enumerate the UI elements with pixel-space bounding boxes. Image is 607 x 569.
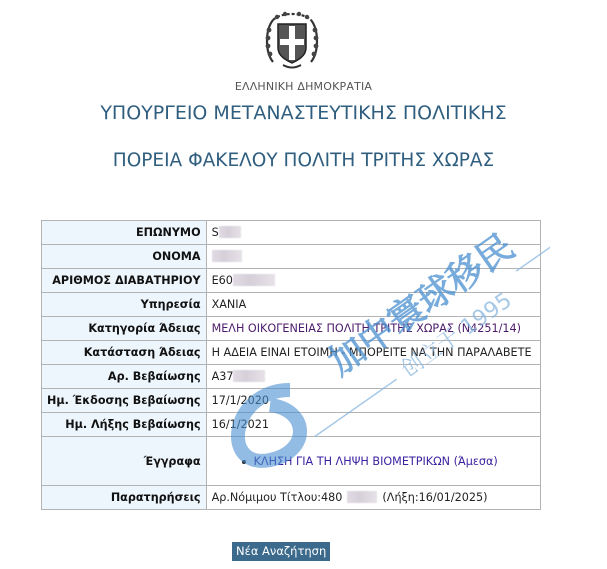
table-row-remarks: Παρατηρήσεις Αρ.Νόμιμου Τίτλου:480(Λήξη:… [42,486,541,510]
expiry-date-label: Ημ. Λήξης Βεβαίωσης [42,413,207,437]
documents-list: ΚΛΗΣΗ ΓΙΑ ΤΗ ΛΗΨΗ ΒΙΟΜΕΤΡΙΚΩΝ (Άμεσα) [212,455,535,468]
permit-category-value: ΜΕΛΗ ΟΙΚΟΓΕΝΕΙΑΣ ΠΟΛΙΤΗ ΤΡΙΤΗΣ ΧΩΡΑΣ (N4… [206,317,540,341]
table-row-service: Υπηρεσία ΧΑΝΙΑ [42,293,541,317]
remarks-label: Παρατηρήσεις [42,486,207,510]
issue-date-value: 17/1/2020 [206,389,540,413]
application-status-table: ΕΠΩΝΥΜΟ S ΟΝΟΜΑ ΑΡΙΘΜΟΣ ΔΙΑΒΑΤΗΡΙΟΥ E60 … [41,220,541,510]
surname-value: S [206,221,540,245]
republic-label: ΕΛΛΗΝΙΚΗ ΔΗΜΟΚΡΑΤΙΑ [0,80,607,93]
name-label: ΟΝΟΜΑ [42,245,207,269]
table-row-passport: ΑΡΙΘΜΟΣ ΔΙΑΒΑΤΗΡΙΟΥ E60 [42,269,541,293]
permit-status-label: Κατάσταση Άδειας [42,341,207,365]
redacted-block [233,370,265,382]
page-title: ΠΟΡΕΙΑ ΦΑΚΕΛΟΥ ΠΟΛΙΤΗ ΤΡΙΤΗΣ ΧΩΡΑΣ [0,150,607,171]
expiry-date-value: 16/1/2021 [206,413,540,437]
surname-label: ΕΠΩΝΥΜΟ [42,221,207,245]
remarks-value: Αρ.Νόμιμου Τίτλου:480(Λήξη:16/01/2025) [206,486,540,510]
passport-label: ΑΡΙΘΜΟΣ ΔΙΑΒΑΤΗΡΙΟΥ [42,269,207,293]
table-row-certificate-no: Αρ. Βεβαίωσης A37 [42,365,541,389]
permit-status-value: Η ΑΔΕΙΑ ΕΙΝΑΙ ΕΤΟΙΜΗ - ΜΠΟΡΕΙΤΕ ΝΑ ΤΗΝ Π… [206,341,540,365]
redacted-block [212,250,242,262]
documents-value: ΚΛΗΣΗ ΓΙΑ ΤΗ ΛΗΨΗ ΒΙΟΜΕΤΡΙΚΩΝ (Άμεσα) [206,437,540,486]
name-value [206,245,540,269]
table-row-name: ΟΝΟΜΑ [42,245,541,269]
table-row-issue-date: Ημ. Έκδοσης Βεβαίωσης 17/1/2020 [42,389,541,413]
certificate-no-value: A37 [206,365,540,389]
permit-category-label: Κατηγορία Άδειας [42,317,207,341]
redacted-block [347,491,377,503]
table-row-documents: Έγγραφα ΚΛΗΣΗ ΓΙΑ ΤΗ ΛΗΨΗ ΒΙΟΜΕΤΡΙΚΩΝ (Ά… [42,437,541,486]
service-label: Υπηρεσία [42,293,207,317]
redacted-block [219,226,241,238]
documents-label: Έγγραφα [42,437,207,486]
passport-value: E60 [206,269,540,293]
table-row-expiry-date: Ημ. Λήξης Βεβαίωσης 16/1/2021 [42,413,541,437]
redacted-block [233,274,275,286]
service-value: ΧΑΝΙΑ [206,293,540,317]
table-row-permit-category: Κατηγορία Άδειας ΜΕΛΗ ΟΙΚΟΓΕΝΕΙΑΣ ΠΟΛΙΤΗ… [42,317,541,341]
new-search-button[interactable]: Νέα Αναζήτηση [232,542,330,561]
certificate-no-label: Αρ. Βεβαίωσης [42,365,207,389]
table-row-surname: ΕΠΩΝΥΜΟ S [42,221,541,245]
greek-coat-of-arms-icon [263,10,321,72]
document-link-biometrics[interactable]: ΚΛΗΣΗ ΓΙΑ ΤΗ ΛΗΨΗ ΒΙΟΜΕΤΡΙΚΩΝ (Άμεσα) [242,455,535,468]
issue-date-label: Ημ. Έκδοσης Βεβαίωσης [42,389,207,413]
table-row-permit-status: Κατάσταση Άδειας Η ΑΔΕΙΑ ΕΙΝΑΙ ΕΤΟΙΜΗ - … [42,341,541,365]
ministry-title: ΥΠΟΥΡΓΕΙΟ ΜΕΤΑΝΑΣΤΕΥΤΙΚΗΣ ΠΟΛΙΤΙΚΗΣ [0,102,607,124]
